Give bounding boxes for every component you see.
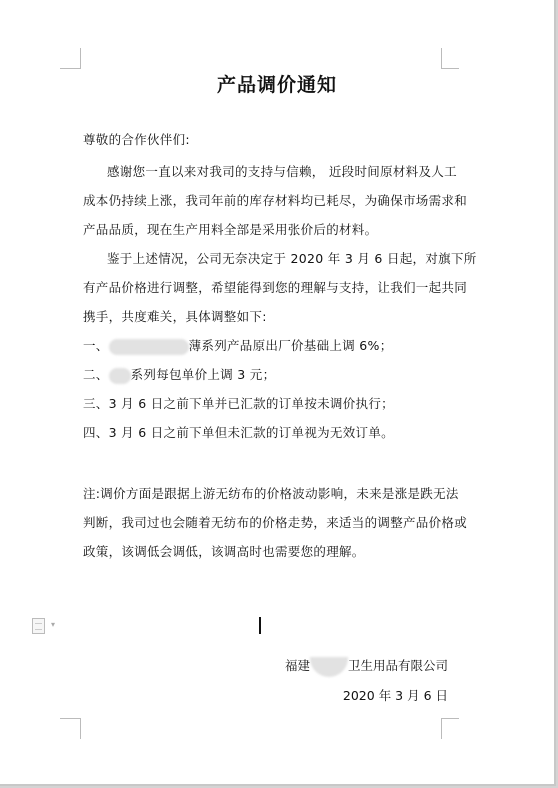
redacted-blur — [109, 339, 189, 355]
para1-line2: 成本仍持续上涨，我司年前的库存材料均已耗尽，为确保市场需求和 — [83, 191, 467, 209]
crop-mark-top-right — [441, 48, 459, 69]
crop-mark-top-left — [60, 48, 81, 69]
item-text: 薄系列产品原出厂价基础上调 6%； — [189, 338, 393, 353]
item-prefix: 四、 — [83, 425, 109, 440]
para2-line3: 携手，共度难关，具体调整如下: — [83, 307, 267, 325]
para1-line3: 产品品质，现在生产用料全部是采用张价后的材料。 — [83, 220, 377, 238]
company-prefix: 福建 — [285, 658, 310, 673]
para2-line2: 有产品价格进行调整，希望能得到您的理解与支持，让我们一起共同 — [83, 278, 467, 296]
note-line2: 判断，我司过也会随着无纺布的价格走势，来适当的调整产品价格或 — [83, 513, 467, 531]
salutation: 尊敬的合作伙伴们: — [83, 130, 190, 148]
text-cursor — [259, 617, 261, 634]
adjustment-item-3: 三、3 月 6 日之前下单并已汇款的订单按未调价执行； — [83, 394, 394, 412]
item-prefix: 一、 — [83, 338, 109, 353]
document-page: 产品调价通知 尊敬的合作伙伴们: 感谢您一直以来对我司的支持与信赖， 近段时间原… — [0, 0, 556, 786]
item-prefix: 二、 — [83, 367, 109, 382]
company-signature: 福建卫生用品有限公司 — [285, 656, 448, 677]
para2-line1: 鉴于上述情况，公司无奈决定于 2020 年 3 月 6 日起，对旗下所 — [83, 249, 477, 267]
redacted-blur — [109, 368, 131, 384]
signature-date: 2020 年 3 月 6 日 — [343, 686, 448, 704]
company-suffix: 卫生用品有限公司 — [348, 658, 448, 673]
item-text: 3 月 6 日之前下单并已汇款的订单按未调价执行； — [109, 396, 394, 411]
paste-options-icon[interactable] — [32, 618, 45, 634]
item-prefix: 三、 — [83, 396, 109, 411]
para1-line1: 感谢您一直以来对我司的支持与信赖， 近段时间原材料及人工 — [83, 162, 457, 180]
adjustment-item-4: 四、3 月 6 日之前下单但未汇款的订单视为无效订单。 — [83, 423, 394, 441]
crop-mark-bottom-left — [60, 718, 81, 739]
note-line1: 注:调价方面是跟据上游无纺布的价格波动影响，未来是涨是跌无法 — [83, 484, 459, 502]
item-text: 系列每包单价上调 3 元； — [131, 367, 276, 382]
adjustment-item-2: 二、系列每包单价上调 3 元； — [83, 365, 275, 384]
note-line3: 政策，该调低会调低，该调高时也需要您的理解。 — [83, 542, 365, 560]
document-title: 产品调价通知 — [0, 70, 554, 97]
redacted-blur — [310, 657, 348, 677]
chevron-down-icon[interactable]: ▾ — [51, 620, 55, 629]
adjustment-item-1: 一、薄系列产品原出厂价基础上调 6%； — [83, 336, 393, 355]
crop-mark-bottom-right — [441, 718, 459, 739]
item-text: 3 月 6 日之前下单但未汇款的订单视为无效订单。 — [109, 425, 394, 440]
